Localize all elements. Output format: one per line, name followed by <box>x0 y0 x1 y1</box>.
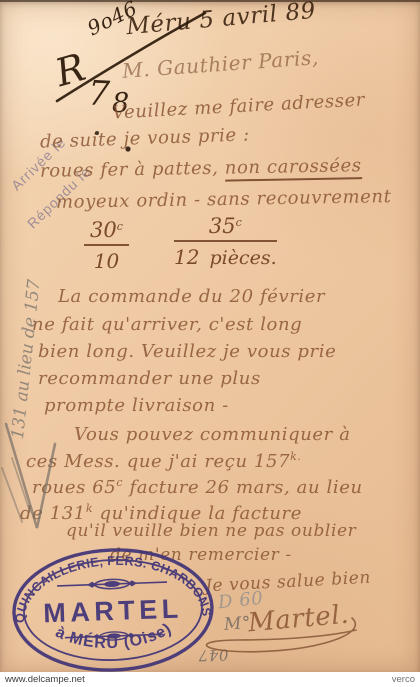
price-value: 35 <box>209 214 236 238</box>
letter-line-part: roues 65 <box>32 477 116 498</box>
letter-line: bien long. Veuillez je vous prie <box>38 341 336 362</box>
letter-line: moyeux ordin - sans recouvrement <box>56 186 392 213</box>
superscript-unit: k. <box>290 450 301 463</box>
letter-line: roues 65c facture 26 mars, au lieu <box>32 476 363 498</box>
underlined-phrase: non carossées <box>225 155 362 181</box>
merchant-oval-stamp: QUINCAILLERIE, FERS. CHARBONS MARTEL à M… <box>4 542 222 672</box>
pencil-note-m: M° <box>223 613 251 635</box>
letter-line: qu'il veuille bien ne pas oublier <box>66 521 356 541</box>
letter-line: recommander une plus <box>38 368 261 389</box>
price-unit-sup: c <box>117 220 123 233</box>
letter-line: prompte livraison - <box>44 395 229 416</box>
letter-line-part: facture 26 mars, au lieu <box>123 477 363 498</box>
letter-line: Veuillez me faire adresser <box>112 89 366 123</box>
price-numerator: 35c <box>174 214 277 242</box>
letter-line: ces Mess. que j'ai reçu 157k. <box>26 450 302 472</box>
scan-edge-line <box>0 0 420 2</box>
price-denominator: 10 <box>94 249 119 273</box>
price-value: 30 <box>90 218 117 242</box>
price-unit-sup: c <box>236 216 242 229</box>
overwritten-number-7: 7 <box>87 73 111 114</box>
letter-line: roues fer à pattes, non carossées <box>40 155 362 182</box>
price-numerator: 30c <box>84 218 129 246</box>
price-fraction-left: 30c 10 <box>84 218 129 273</box>
verco-watermark: verco <box>392 674 415 685</box>
letter-line-part: roues fer à pattes, <box>40 158 225 182</box>
price-pieces-label: pièces. <box>209 247 276 269</box>
letter-line: Vous pouvez communiquer à <box>74 424 351 445</box>
price-fraction-right: 35c 12pièces. <box>174 214 277 269</box>
watermark-strip: www.delcampe.net verco <box>0 672 420 687</box>
dateline: Méru 5 avril 89 <box>125 0 317 40</box>
price-denominator: 12 <box>174 245 199 269</box>
letter-line: La commande du 20 février <box>58 286 325 307</box>
letter-line: ne fait qu'arriver, c'est long <box>32 314 302 335</box>
addressee: M. Gauthier Paris, <box>121 45 319 83</box>
letter-line: de suite je vous prie : <box>40 124 250 152</box>
postcard-scan: 9o46 R Méru 5 avril 89 M. Gauthier Paris… <box>0 0 420 687</box>
registry-note-letter: R <box>51 45 91 95</box>
letter-line-part: ces Mess. que j'ai reçu 157 <box>26 451 290 472</box>
postcard-paper: 9o46 R Méru 5 avril 89 M. Gauthier Paris… <box>0 0 420 672</box>
delcampe-watermark: www.delcampe.net <box>5 674 85 685</box>
